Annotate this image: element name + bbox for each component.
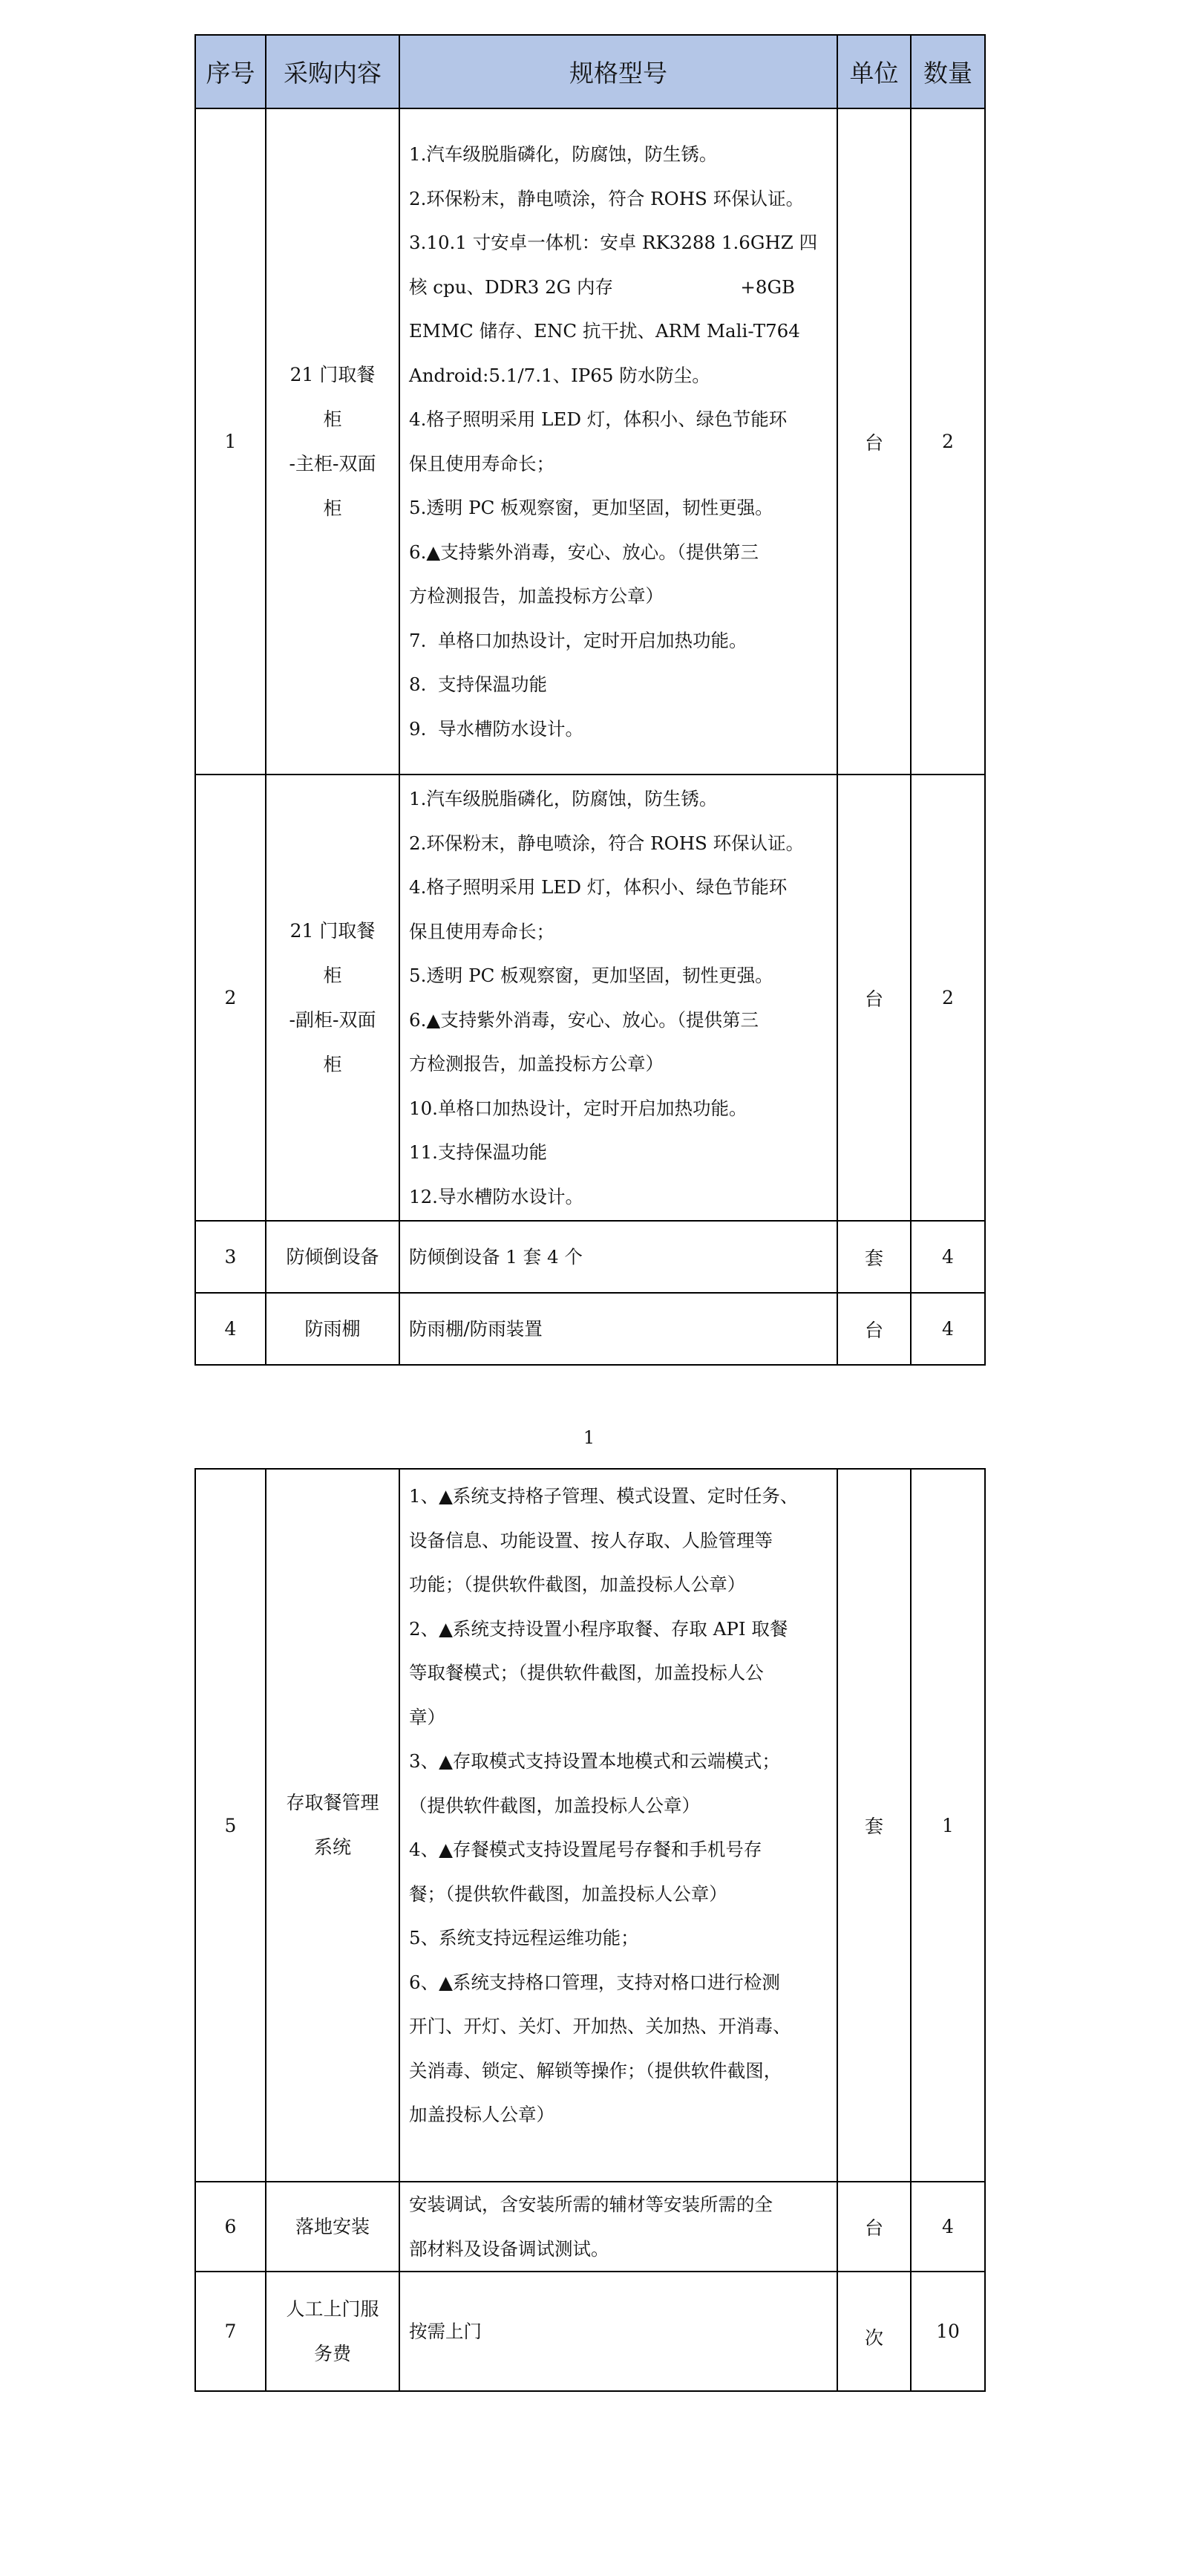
spec-line: 餐；（提供软件截图，加盖投标人公章） xyxy=(409,1872,829,1917)
spec-line: 方检测报告，加盖投标方公章） xyxy=(409,1042,829,1086)
cell-unit: 台 xyxy=(837,775,911,1221)
spec-line: 6.▲支持紫外消毒，安心、放心。（提供第三 xyxy=(409,998,829,1043)
cell-qty: 4 xyxy=(911,1221,985,1293)
table-row: 7 人工上门服 务费 按需上门 次 10 xyxy=(195,2272,985,2391)
spec-line: 4.格子照明采用 LED 灯，体积小、绿色节能环 xyxy=(409,397,829,442)
page-number: 1 xyxy=(0,1427,1178,1448)
cell-no: 7 xyxy=(195,2272,266,2391)
table-row: 2 21 门取餐 柜 -副柜-双面 柜 1.汽车级脱脂磷化，防腐蚀，防生锈。 2… xyxy=(195,775,985,1221)
spec-line: EMMC 储存、ENC 抗干扰、ARM Mali-T764 xyxy=(409,309,829,353)
spec-line: 11.支持保温功能 xyxy=(409,1130,829,1175)
cell-qty: 4 xyxy=(911,1293,985,1365)
item-line: 柜 xyxy=(272,953,393,998)
spec-line: 部材料及设备调试测试。 xyxy=(409,2227,829,2272)
header-qty: 数量 xyxy=(911,35,985,108)
cell-spec: 安装调试，含安装所需的辅材等安装所需的全 部材料及设备调试测试。 xyxy=(399,2182,837,2272)
spec-line: 6、▲系统支持格口管理，支持对格口进行检测 xyxy=(409,1960,829,2005)
spec-line: 4.格子照明采用 LED 灯，体积小、绿色节能环 xyxy=(409,865,829,910)
item-line: 防倾倒设备 xyxy=(272,1235,393,1279)
spec-line: 5、系统支持远程运维功能； xyxy=(409,1916,829,1960)
spec-line: （提供软件截图，加盖投标人公章） xyxy=(409,1784,829,1828)
cell-no: 3 xyxy=(195,1221,266,1293)
spec-line: 设备信息、功能设置、按人存取、人脸管理等 xyxy=(409,1519,829,1563)
cell-spec: 1、▲系统支持格子管理、模式设置、定时任务、 设备信息、功能设置、按人存取、人脸… xyxy=(399,1469,837,2182)
spec-line: 防雨棚/防雨装置 xyxy=(409,1307,829,1351)
item-line: 务费 xyxy=(272,2332,393,2376)
spec-line: 2.环保粉末，静电喷涂，符合 ROHS 环保认证。 xyxy=(409,177,829,221)
table-header-row: 序号 采购内容 规格型号 单位 数量 xyxy=(195,35,985,108)
spec-line: 1.汽车级脱脂磷化，防腐蚀，防生锈。 xyxy=(409,777,829,821)
spec-line: 按需上门 xyxy=(409,2309,829,2354)
table-row: 3 防倾倒设备 防倾倒设备 1 套 4 个 套 4 xyxy=(195,1221,985,1293)
cell-item: 存取餐管理 系统 xyxy=(266,1469,399,2182)
item-line: 柜 xyxy=(272,397,393,442)
cell-item: 21 门取餐 柜 -主柜-双面 柜 xyxy=(266,108,399,775)
table-row: 4 防雨棚 防雨棚/防雨装置 台 4 xyxy=(195,1293,985,1365)
cell-unit: 套 xyxy=(837,1221,911,1293)
spec-line: 保且使用寿命长； xyxy=(409,442,829,486)
cell-no: 1 xyxy=(195,108,266,775)
item-line: 落地安装 xyxy=(272,2205,393,2249)
cell-no: 2 xyxy=(195,775,266,1221)
item-line: -主柜-双面 xyxy=(272,442,393,486)
procurement-table-page-1: 序号 采购内容 规格型号 单位 数量 1 21 门取餐 柜 -主柜-双面 柜 1… xyxy=(194,34,986,1366)
spec-line: 开门、开灯、关灯、开加热、关加热、开消毒、 xyxy=(409,2004,829,2049)
table-row: 5 存取餐管理 系统 1、▲系统支持格子管理、模式设置、定时任务、 设备信息、功… xyxy=(195,1469,985,2182)
spec-line: 5.透明 PC 板观察窗，更加坚固，韧性更强。 xyxy=(409,953,829,998)
cell-item: 防倾倒设备 xyxy=(266,1221,399,1293)
cell-unit: 台 xyxy=(837,2182,911,2272)
spec-line: 2、▲系统支持设置小程序取餐、存取 API 取餐 xyxy=(409,1607,829,1651)
cell-spec: 1.汽车级脱脂磷化，防腐蚀，防生锈。 2.环保粉末，静电喷涂，符合 ROHS 环… xyxy=(399,108,837,775)
cell-unit: 台 xyxy=(837,108,911,775)
item-line: 21 门取餐 xyxy=(272,353,393,397)
cell-qty: 4 xyxy=(911,2182,985,2272)
cell-spec: 防倾倒设备 1 套 4 个 xyxy=(399,1221,837,1293)
cell-spec: 1.汽车级脱脂磷化，防腐蚀，防生锈。 2.环保粉末，静电喷涂，符合 ROHS 环… xyxy=(399,775,837,1221)
spec-line: 等取餐模式；（提供软件截图，加盖投标人公 xyxy=(409,1651,829,1695)
item-line: 防雨棚 xyxy=(272,1307,393,1351)
item-line: 21 门取餐 xyxy=(272,909,393,953)
spec-line: 加盖投标人公章） xyxy=(409,2093,829,2137)
spec-line: 3、▲存取模式支持设置本地模式和云端模式； xyxy=(409,1739,829,1784)
cell-item: 21 门取餐 柜 -副柜-双面 柜 xyxy=(266,775,399,1221)
cell-qty: 2 xyxy=(911,775,985,1221)
spec-line: 2.环保粉末，静电喷涂，符合 ROHS 环保认证。 xyxy=(409,821,829,866)
spec-line: 方检测报告，加盖投标方公章） xyxy=(409,574,829,619)
spec-line: 9. 导水槽防水设计。 xyxy=(409,707,829,751)
table-row: 1 21 门取餐 柜 -主柜-双面 柜 1.汽车级脱脂磷化，防腐蚀，防生锈。 2… xyxy=(195,108,985,775)
spec-line: Android:5.1/7.1、IP65 防水防尘。 xyxy=(409,353,829,398)
header-item: 采购内容 xyxy=(266,35,399,108)
spec-line: 1、▲系统支持格子管理、模式设置、定时任务、 xyxy=(409,1474,829,1519)
item-line: 人工上门服 xyxy=(272,2287,393,2332)
cell-unit: 套 xyxy=(837,1469,911,2182)
spec-line: 核 cpu、DDR3 2G 内存 +8GB xyxy=(409,265,829,310)
spec-line: 8. 支持保温功能 xyxy=(409,662,829,707)
spec-line: 防倾倒设备 1 套 4 个 xyxy=(409,1235,829,1279)
cell-no: 4 xyxy=(195,1293,266,1365)
cell-qty: 1 xyxy=(911,1469,985,2182)
spec-line: 功能；（提供软件截图，加盖投标人公章） xyxy=(409,1562,829,1607)
header-spec: 规格型号 xyxy=(399,35,837,108)
table-row: 6 落地安装 安装调试，含安装所需的辅材等安装所需的全 部材料及设备调试测试。 … xyxy=(195,2182,985,2272)
cell-unit: 台 xyxy=(837,1293,911,1365)
cell-qty: 10 xyxy=(911,2272,985,2391)
item-line: 存取餐管理 xyxy=(272,1781,393,1825)
header-unit: 单位 xyxy=(837,35,911,108)
header-no: 序号 xyxy=(195,35,266,108)
spec-line: 5.透明 PC 板观察窗，更加坚固，韧性更强。 xyxy=(409,486,829,530)
spec-line: 10.单格口加热设计，定时开启加热功能。 xyxy=(409,1086,829,1131)
spec-line: 保且使用寿命长； xyxy=(409,910,829,954)
item-line: -副柜-双面 xyxy=(272,998,393,1043)
cell-item: 人工上门服 务费 xyxy=(266,2272,399,2391)
spec-line: 安装调试，含安装所需的辅材等安装所需的全 xyxy=(409,2182,829,2227)
spec-line: 1.汽车级脱脂磷化，防腐蚀，防生锈。 xyxy=(409,132,829,177)
item-line: 系统 xyxy=(272,1825,393,1870)
cell-item: 落地安装 xyxy=(266,2182,399,2272)
procurement-table-page-2: 5 存取餐管理 系统 1、▲系统支持格子管理、模式设置、定时任务、 设备信息、功… xyxy=(194,1468,986,2392)
cell-spec: 防雨棚/防雨装置 xyxy=(399,1293,837,1365)
item-line: 柜 xyxy=(272,486,393,531)
cell-item: 防雨棚 xyxy=(266,1293,399,1365)
spec-line: 章） xyxy=(409,1695,829,1740)
cell-no: 5 xyxy=(195,1469,266,2182)
spec-line: 3.10.1 寸安卓一体机：安卓 RK3288 1.6GHZ 四 xyxy=(409,221,829,265)
spec-line: 4、▲存餐模式支持设置尾号存餐和手机号存 xyxy=(409,1827,829,1872)
spec-line: 关消毒、锁定、解锁等操作；（提供软件截图， xyxy=(409,2049,829,2093)
spec-line: 6.▲支持紫外消毒，安心、放心。（提供第三 xyxy=(409,530,829,575)
cell-spec: 按需上门 xyxy=(399,2272,837,2391)
item-line: 柜 xyxy=(272,1043,393,1087)
cell-unit: 次 xyxy=(837,2272,911,2391)
cell-qty: 2 xyxy=(911,108,985,775)
cell-no: 6 xyxy=(195,2182,266,2272)
spec-line: 12.导水槽防水设计。 xyxy=(409,1175,829,1219)
spec-line: 7. 单格口加热设计，定时开启加热功能。 xyxy=(409,619,829,663)
